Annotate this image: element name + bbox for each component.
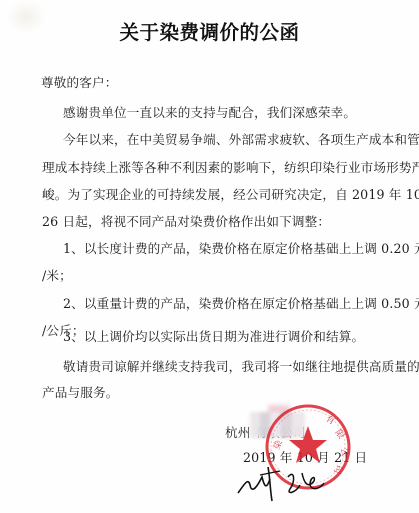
item-2-line-1: 2、以重量计费的产品，染费价格在原定价格基础上上调 0.50 元 [63, 293, 419, 312]
greeting: 尊敬的客户： [41, 72, 117, 91]
paragraph-context-line-2: 理成本持续上涨等各种不利因素的影响下，纺织印染行业市场形势严 [42, 157, 419, 176]
closing-line-1: 敬请贵司谅解并继续支持我司，我司将一如继往地提供高质量的 [63, 356, 419, 375]
svg-text:染: 染 [271, 438, 285, 451]
letter-page: 关于染费调价的公函 尊敬的客户： 感谢贵单位一直以来的支持与配合，我们深感荣幸。… [0, 0, 419, 513]
item-1-line-2: /米； [42, 265, 72, 284]
item-3: 3、以上调价均以实际出货日期为准进行调价和结算。 [63, 326, 364, 345]
document-title: 关于染费调价的公函 [0, 17, 419, 45]
closing-line-2: 产品与服务。 [42, 382, 118, 401]
paragraph-context-line-3: 峻。为了实现企业的可持续发展，经公司研究决定，自 2019 年 10 月 [42, 184, 419, 203]
paragraph-context-line-4: 26 日起，将视不同产品对染费价格作出如下调整： [42, 211, 330, 230]
paragraph-thanks: 感谢贵单位一直以来的支持与配合，我们深感荣幸。 [63, 102, 356, 121]
paragraph-context-line-1: 今年以来，在中美贸易争端、外部需求疲软、各项生产成本和管 [63, 129, 419, 148]
handwritten-signature-icon [230, 455, 340, 505]
item-1-line-1: 1、以长度计费的产品，染费价格在原定价格基础上上调 0.20 元 [63, 238, 419, 257]
